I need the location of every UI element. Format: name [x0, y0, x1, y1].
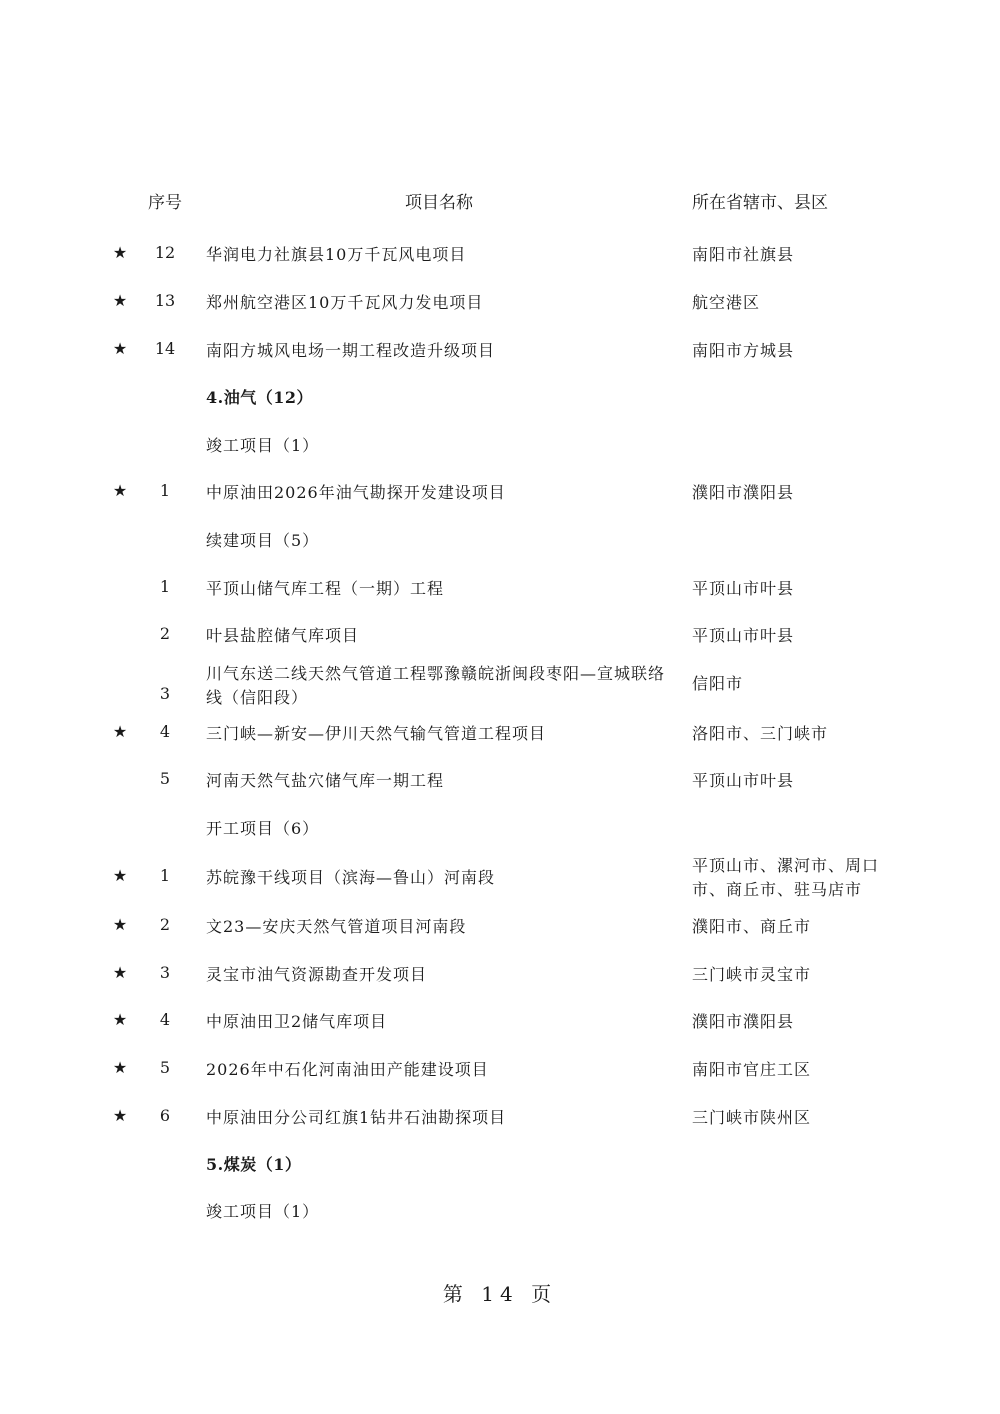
row-location: 三门峡市灵宝市	[692, 963, 892, 987]
row-name: 灵宝市油气资源勘查开发项目	[206, 963, 676, 987]
row-name: 5.煤炭（1）	[206, 1153, 676, 1177]
row-seq: 6	[150, 1106, 180, 1125]
row-location: 南阳市社旗县	[692, 243, 892, 267]
star-icon: ★	[111, 291, 129, 310]
row-name: 2026年中石化河南油田产能建设项目	[206, 1058, 676, 1082]
row-seq: 1	[150, 866, 180, 885]
row-seq: 2	[150, 624, 180, 643]
row-name: 开工项目（6）	[206, 817, 676, 841]
row-name: 河南天然气盐穴储气库一期工程	[206, 769, 676, 793]
star-icon: ★	[111, 963, 129, 982]
row-seq: 4	[150, 722, 180, 741]
header-location: 所在省辖市、县区	[692, 188, 828, 213]
header-project-name: 项目名称	[405, 188, 473, 213]
star-icon: ★	[111, 481, 129, 500]
row-location: 平顶山市叶县	[692, 577, 892, 601]
row-seq: 5	[150, 1058, 180, 1077]
row-location: 信阳市	[692, 672, 892, 696]
star-icon: ★	[111, 722, 129, 741]
row-seq: 3	[150, 963, 180, 982]
row-name: 竣工项目（1）	[206, 1200, 676, 1224]
page-number: 第 14 页	[0, 1278, 1000, 1307]
row-name: 南阳方城风电场一期工程改造升级项目	[206, 339, 676, 363]
row-location: 南阳市官庄工区	[692, 1058, 892, 1082]
row-seq: 2	[150, 915, 180, 934]
row-name: 郑州航空港区10万千瓦风力发电项目	[206, 291, 676, 315]
row-name: 文23—安庆天然气管道项目河南段	[206, 915, 676, 939]
row-seq: 1	[150, 577, 180, 596]
star-icon: ★	[111, 339, 129, 358]
row-location: 濮阳市、商丘市	[692, 915, 892, 939]
row-location: 航空港区	[692, 291, 892, 315]
row-seq: 5	[150, 769, 180, 788]
row-name: 中原油田分公司红旗1钻井石油勘探项目	[206, 1106, 676, 1130]
row-location: 濮阳市濮阳县	[692, 481, 892, 505]
document-page: 序号 项目名称 所在省辖市、县区 ★12华润电力社旗县10万千瓦风电项目南阳市社…	[0, 0, 1000, 1414]
row-name: 苏皖豫干线项目（滨海—鲁山）河南段	[206, 866, 676, 890]
row-location: 三门峡市陕州区	[692, 1106, 892, 1130]
row-location: 平顶山市叶县	[692, 624, 892, 648]
table-header: 序号 项目名称 所在省辖市、县区	[0, 188, 1000, 218]
row-seq: 1	[150, 481, 180, 500]
star-icon: ★	[111, 1106, 129, 1125]
row-seq: 4	[150, 1010, 180, 1029]
row-name: 叶县盐腔储气库项目	[206, 624, 676, 648]
row-seq: 3	[150, 684, 180, 703]
row-name: 平顶山储气库工程（一期）工程	[206, 577, 676, 601]
header-seq: 序号	[148, 188, 182, 213]
row-seq: 12	[150, 243, 180, 262]
row-location: 濮阳市濮阳县	[692, 1010, 892, 1034]
star-icon: ★	[111, 866, 129, 885]
row-location: 南阳市方城县	[692, 339, 892, 363]
star-icon: ★	[111, 243, 129, 262]
row-name: 竣工项目（1）	[206, 434, 676, 458]
row-name: 4.油气（12）	[206, 386, 676, 410]
row-name: 三门峡—新安—伊川天然气输气管道工程项目	[206, 722, 676, 746]
row-seq: 13	[150, 291, 180, 310]
star-icon: ★	[111, 1058, 129, 1077]
row-name: 华润电力社旗县10万千瓦风电项目	[206, 243, 676, 267]
row-name: 中原油田2026年油气勘探开发建设项目	[206, 481, 676, 505]
star-icon: ★	[111, 1010, 129, 1029]
row-seq: 14	[150, 339, 180, 358]
star-icon: ★	[111, 915, 129, 934]
row-name: 川气东送二线天然气管道工程鄂豫赣皖浙闽段枣阳—宣城联络线（信阳段）	[206, 662, 676, 710]
row-location: 洛阳市、三门峡市	[692, 722, 892, 746]
row-name: 中原油田卫2储气库项目	[206, 1010, 676, 1034]
row-name: 续建项目（5）	[206, 529, 676, 553]
row-location: 平顶山市、漯河市、周口市、商丘市、驻马店市	[692, 854, 892, 902]
row-location: 平顶山市叶县	[692, 769, 892, 793]
